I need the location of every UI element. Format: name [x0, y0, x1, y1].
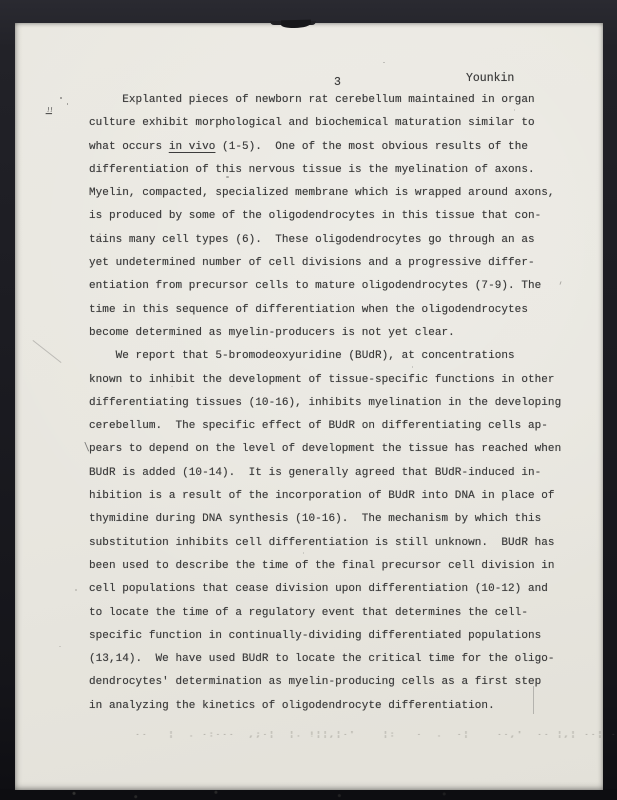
typescript-line: substitution inhibits cell differentiati…	[89, 532, 561, 555]
paper-speck	[383, 62, 385, 63]
typescript-line: Explanted pieces of newborn rat cerebell…	[89, 89, 561, 112]
faded-typewriter-smudge-line: ·· ¦ . ·:··· ,;·¦ ¦. !¦¦,¦·' ¦: · . ·¦ ·…	[135, 731, 535, 740]
typescript-line: specific function in continually-dividin…	[89, 625, 561, 648]
underlined-phrase: in vivo	[169, 141, 216, 153]
typescript-line: in analyzing the kinetics of oligodendro…	[89, 695, 561, 718]
typescript-line: is produced by some of the oligodendrocy…	[89, 205, 561, 228]
paper-speck	[303, 552, 304, 554]
margin-annotation-mark: !!	[45, 107, 53, 115]
line-text: (1-5). One of the most obvious results o…	[215, 141, 528, 153]
typescript-line: cerebellum. The specific effect of BUdR …	[89, 415, 561, 438]
top-edge-blotch	[281, 20, 311, 29]
stray-pen-slash: \	[82, 441, 91, 456]
typescript-body: Explanted pieces of newborn rat cerebell…	[89, 89, 561, 718]
paper-crease-line	[33, 340, 62, 363]
typescript-line: become determined as myelin-producers is…	[89, 322, 561, 345]
paper-speck	[226, 176, 229, 178]
typescript-line: yet undetermined number of cell division…	[89, 252, 561, 275]
typescript-line: We report that 5-bromodeoxyuridine (BUdR…	[89, 345, 561, 368]
typescript-line: culture exhibit morphological and bioche…	[89, 112, 561, 135]
author-name: Younkin	[466, 72, 514, 85]
typescript-line: thymidine during DNA synthesis (10-16). …	[89, 508, 561, 531]
document-page: 3 Younkin !! Explanted pieces of newborn…	[15, 23, 603, 790]
typescript-line: to locate the time of a regulatory event…	[89, 602, 561, 625]
typescript-line: BUdR is added (10-14). It is generally a…	[89, 462, 561, 485]
typescript-line: cell populations that cease division upo…	[89, 578, 561, 601]
line-text: what occurs	[89, 141, 169, 153]
paper-speck	[514, 109, 515, 111]
paper-speck	[99, 233, 101, 235]
typescript-line: tains many cell types (6). These oligode…	[89, 229, 561, 252]
typescript-line: been used to describe the time of the fi…	[89, 555, 561, 578]
page-number: 3	[334, 76, 341, 89]
typescript-line: (13,14). We have used BUdR to locate the…	[89, 648, 561, 671]
faint-vertical-scratch	[533, 686, 534, 714]
typescript-line: differentiating tissues (10-16), inhibit…	[89, 392, 561, 415]
paper-speck	[59, 646, 61, 647]
typescript-line: pears to depend on the level of developm…	[89, 438, 561, 461]
paper-speck	[412, 366, 413, 368]
paper-speck	[60, 97, 62, 99]
typescript-line: what occurs in vivo (1-5). One of the mo…	[89, 136, 561, 159]
typescript-line: Myelin, compacted, specialized membrane …	[89, 182, 561, 205]
typescript-line: dendrocytes' determination as myelin-pro…	[89, 671, 561, 694]
paper-speck	[67, 103, 68, 105]
typescript-line: hibition is a result of the incorporatio…	[89, 485, 561, 508]
film-edge-strip	[0, 789, 617, 800]
paper-speck	[171, 386, 173, 387]
typescript-line: known to inhibit the development of tiss…	[89, 369, 561, 392]
typescript-line: entiation from precursor cells to mature…	[89, 275, 561, 298]
paper-speck	[75, 589, 77, 591]
scanner-background: 3 Younkin !! Explanted pieces of newborn…	[0, 0, 617, 800]
typescript-line: differentiation of this nervous tissue i…	[89, 159, 561, 182]
typescript-line: time in this sequence of differentiation…	[89, 299, 561, 322]
